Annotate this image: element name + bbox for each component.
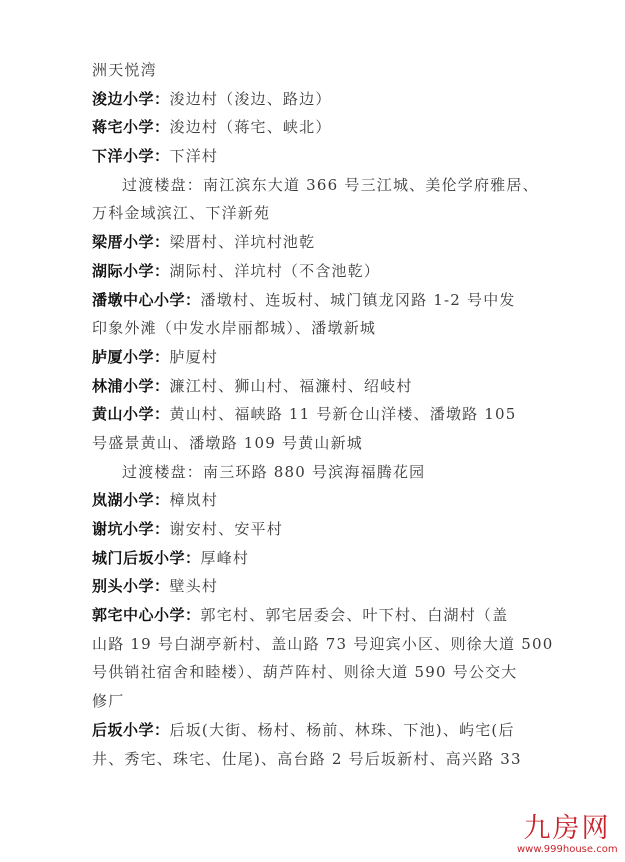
watermark-logo: 九房网 — [517, 814, 617, 844]
school-entry: 后坂小学：后坂(大街、杨村、杨前、林珠、下池)、屿宅(后 — [92, 716, 534, 745]
school-district: 浚边村（浚边、路边） — [170, 90, 332, 108]
school-name: 潘墩中心小学： — [92, 291, 201, 309]
school-name: 浚边小学： — [92, 90, 170, 108]
school-district: 胪厦村 — [170, 348, 219, 366]
text-line-continuation: 万科金域滨江、下洋新苑 — [92, 199, 534, 228]
school-district: 濂江村、狮山村、福濂村、绍岐村 — [170, 377, 413, 395]
document-page: 洲天悦湾 浚边小学：浚边村（浚边、路边） 蒋宅小学：浚边村（蒋宅、峡北） 下洋小… — [92, 56, 534, 773]
site-watermark: 九房网 www.999house.com — [517, 814, 617, 856]
line-text: 号供销社宿舍和睦楼）、葫芦阵村、则徐大道 590 号公交大 — [92, 663, 517, 681]
school-entry: 下洋小学：下洋村 — [92, 142, 534, 171]
text-line-continuation: 修厂 — [92, 687, 534, 716]
school-district: 谢安村、安平村 — [170, 520, 283, 538]
line-text: 修厂 — [92, 692, 124, 710]
school-entry: 岚湖小学：樟岚村 — [92, 486, 534, 515]
line-text: 井、秀宅、珠宅、仕尾)、高台路 2 号后坂新村、高兴路 33 — [92, 750, 522, 768]
school-entry: 黄山小学：黄山村、福峡路 11 号新仓山洋楼、潘墩路 105 — [92, 400, 534, 429]
school-district: 后坂(大街、杨村、杨前、林珠、下池)、屿宅(后 — [170, 721, 515, 739]
school-district: 梁厝村、洋坑村池乾 — [170, 233, 316, 251]
school-district: 厚峰村 — [201, 549, 250, 567]
line-text: 印象外滩（中发水岸丽都城）、潘墩新城 — [92, 319, 376, 337]
school-district: 壁头村 — [170, 577, 219, 595]
school-name: 林浦小学： — [92, 377, 170, 395]
text-line-continuation: 洲天悦湾 — [92, 56, 534, 85]
line-text: 过渡楼盘：南江滨东大道 366 号三江城、美伦学府雅居、 — [122, 176, 539, 194]
school-entry: 别头小学：壁头村 — [92, 572, 534, 601]
line-text: 山路 19 号白湖亭新村、盖山路 73 号迎宾小区、则徐大道 500 — [92, 635, 553, 653]
school-district: 潘墩村、连坂村、城门镇龙冈路 1-2 号中发 — [201, 291, 516, 309]
school-entry: 浚边小学：浚边村（浚边、路边） — [92, 85, 534, 114]
school-entry: 湖际小学：湖际村、洋坑村（不含池乾） — [92, 257, 534, 286]
school-entry: 城门后坂小学：厚峰村 — [92, 544, 534, 573]
text-line-continuation: 号盛景黄山、潘墩路 109 号黄山新城 — [92, 429, 534, 458]
text-line-continuation: 井、秀宅、珠宅、仕尾)、高台路 2 号后坂新村、高兴路 33 — [92, 745, 534, 774]
school-name: 梁厝小学： — [92, 233, 170, 251]
text-line-continuation: 印象外滩（中发水岸丽都城）、潘墩新城 — [92, 314, 534, 343]
school-entry: 胪厦小学：胪厦村 — [92, 343, 534, 372]
school-name: 谢坑小学： — [92, 520, 170, 538]
transition-housing-line: 过渡楼盘：南三环路 880 号滨海福腾花园 — [92, 458, 534, 487]
school-district: 樟岚村 — [170, 491, 219, 509]
school-entry: 潘墩中心小学：潘墩村、连坂村、城门镇龙冈路 1-2 号中发 — [92, 286, 534, 315]
school-entry: 林浦小学：濂江村、狮山村、福濂村、绍岐村 — [92, 372, 534, 401]
school-name: 岚湖小学： — [92, 491, 170, 509]
text-line-continuation: 号供销社宿舍和睦楼）、葫芦阵村、则徐大道 590 号公交大 — [92, 658, 534, 687]
line-text: 洲天悦湾 — [92, 61, 157, 79]
school-district: 黄山村、福峡路 11 号新仓山洋楼、潘墩路 105 — [170, 405, 517, 423]
school-name: 蒋宅小学： — [92, 118, 170, 136]
school-name: 后坂小学： — [92, 721, 170, 739]
line-text: 万科金域滨江、下洋新苑 — [92, 204, 270, 222]
school-name: 郭宅中心小学： — [92, 606, 201, 624]
school-entry: 梁厝小学：梁厝村、洋坑村池乾 — [92, 228, 534, 257]
transition-housing-line: 过渡楼盘：南江滨东大道 366 号三江城、美伦学府雅居、 — [92, 171, 534, 200]
text-line-continuation: 山路 19 号白湖亭新村、盖山路 73 号迎宾小区、则徐大道 500 — [92, 630, 534, 659]
school-entry: 谢坑小学：谢安村、安平村 — [92, 515, 534, 544]
school-district: 湖际村、洋坑村（不含池乾） — [170, 262, 381, 280]
school-name: 湖际小学： — [92, 262, 170, 280]
school-name: 黄山小学： — [92, 405, 170, 423]
school-name: 别头小学： — [92, 577, 170, 595]
school-district: 郭宅村、郭宅居委会、叶下村、白湖村（盖 — [201, 606, 509, 624]
school-district: 下洋村 — [170, 147, 219, 165]
line-text: 号盛景黄山、潘墩路 109 号黄山新城 — [92, 434, 363, 452]
school-entry: 郭宅中心小学：郭宅村、郭宅居委会、叶下村、白湖村（盖 — [92, 601, 534, 630]
school-name: 胪厦小学： — [92, 348, 170, 366]
line-text: 过渡楼盘：南三环路 880 号滨海福腾花园 — [122, 463, 425, 481]
school-district: 浚边村（蒋宅、峡北） — [170, 118, 332, 136]
school-name: 城门后坂小学： — [92, 549, 201, 567]
watermark-url: www.999house.com — [517, 844, 617, 856]
school-name: 下洋小学： — [92, 147, 170, 165]
school-entry: 蒋宅小学：浚边村（蒋宅、峡北） — [92, 113, 534, 142]
